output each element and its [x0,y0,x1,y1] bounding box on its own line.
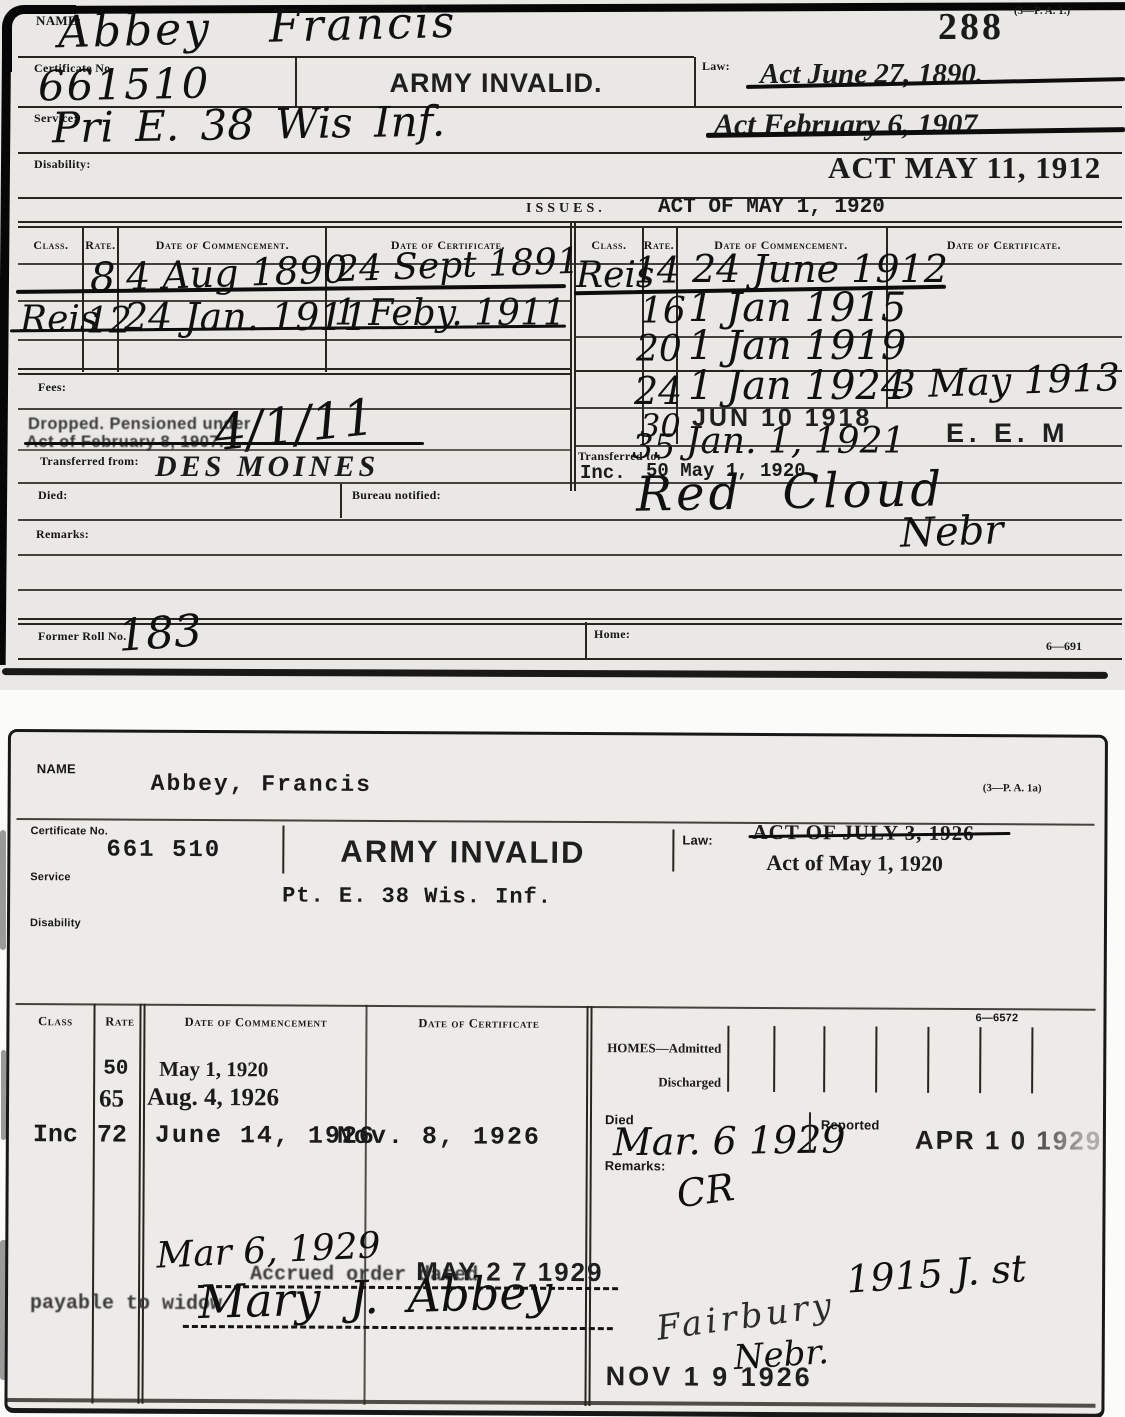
divider [809,1112,811,1152]
address-street: 1915 J. st [845,1249,1027,1299]
row-rate: 50 [103,1059,128,1080]
name-value: Abbey Francis [57,1,457,55]
remarks-label: Remarks: [605,1159,666,1172]
reported-date-stamp: APR 1 0 1929 [915,1127,1102,1154]
homes-tick [979,1027,981,1093]
card-title: ARMY INVALID. [300,70,692,97]
form-number: 6—6572 [975,1013,1018,1024]
column-divider [363,1005,367,1405]
homes-tick [773,1026,775,1092]
form-number: 6—691 [1046,640,1082,652]
row-rate: 14 [634,254,680,290]
remarks-label: Remarks: [36,528,89,540]
rule [18,589,1122,591]
rule [18,339,570,341]
row-commencement: 1 Jan 1915 [688,288,906,328]
name-label: NAME [37,762,76,775]
form-code: (3—P. A. 1a) [983,783,1042,794]
rule [18,56,694,58]
home-label: Home: [594,628,630,640]
rule [18,482,1122,484]
card-title: ARMY INVALID [340,836,585,868]
row-commencement: Aug. 4, 1926 [147,1085,279,1111]
homes-admitted-label: HOMES—Admitted [569,1041,721,1055]
row-commencement: Jan. 1, 1921 [686,424,905,460]
pension-card-1890-series: NAME: Abbey Francis 288 (3—P. A. 1.) Cer… [0,0,1125,690]
scan-edge-bottom [2,668,1108,679]
payable-to-widow-label: payable to widow [30,1294,222,1315]
divider [672,829,674,871]
fees-label: Fees: [38,381,66,393]
disability-label: Disability [30,918,81,929]
rule [18,554,1122,556]
widow-name-value: Mary J. Abbey [197,1269,553,1325]
divider [340,484,342,518]
transferred-from-label: Transferred from: [40,455,139,467]
col-header-rate: Rate. [643,239,675,251]
col-header-rate: Rate. [84,239,117,251]
name-value: Abbey, Francis [151,773,372,797]
homes-discharged-label: Discharged [569,1075,721,1089]
location-state: Nebr [899,510,1004,554]
eem-stamp: E. E. M [946,420,1070,447]
homes-tick [1031,1027,1033,1093]
row-commencement: 1 Jan 1924 [688,366,906,406]
col-header-certificate: Date of Certificate [367,1017,590,1031]
scan-smudge [0,830,6,950]
column-divider [588,1006,592,1406]
homes-tick [875,1027,877,1093]
row-commencement: 1 Jan 1919 [688,326,906,366]
scan-edge-left [0,50,11,665]
bureau-notified-label: Bureau notified: [352,489,441,501]
rule-double [18,368,570,375]
scan-edge-bottom [7,1398,1095,1408]
service-value: Pri E. 38 Wis Inf. [52,101,446,150]
divider [585,622,587,658]
row-rate: 72 [97,1122,127,1147]
law-value: Act of May 1, 1920 [766,852,943,875]
disability-label: Disability: [34,158,91,170]
former-roll-value: 183 [117,609,204,659]
rule [18,197,1122,199]
divider [694,57,696,106]
law-label: Law: [682,834,712,847]
homes-tick [927,1027,929,1093]
divider [282,825,284,873]
remarks-value: CR [674,1168,736,1213]
died-label: Died: [38,489,68,501]
row-class: Inc [33,1122,78,1147]
col-header-rate: Rate [95,1015,144,1028]
act-may-1912-stamp: ACT MAY 11, 1912 [828,152,1101,183]
des-moines-stamp: DES MOINES [155,452,379,482]
dashed-rule [183,1325,613,1330]
column-divider [91,1003,95,1403]
rule [18,658,1122,660]
column-divider [117,226,119,372]
col-header-class: Class. [20,239,82,251]
col-header-commencement: Date of Commencement [144,1016,367,1030]
row-rate: 20 [636,332,682,368]
row-rate: 24 [634,372,682,410]
row-certificate: Nov. 8, 1926 [337,1124,541,1150]
issues-label: ISSUES. [526,202,606,216]
received-date-stamp: NOV 1 9 1926 [606,1363,813,1391]
certificate-label: Certificate No. [30,826,108,837]
column-divider [141,1004,145,1404]
homes-tick [823,1026,825,1092]
act-may-1920-stamp: ACT OF MAY 1, 1920 [658,197,885,218]
pension-card-1920-series: NAME Abbey, Francis (3—P. A. 1a) Certifi… [4,729,1108,1417]
law-label: Law: [702,60,730,72]
rule [16,1003,1096,1010]
certificate-value: 661 510 [106,839,221,864]
col-header-class: Class. [578,239,640,251]
row-rate: 16 [640,294,686,330]
row-rate: 65 [99,1086,124,1111]
row-certificate: 3 May 1913 [891,358,1120,404]
row-certificate: 24 Sept 1891 [335,244,580,288]
page-number: 288 [938,8,1004,46]
row-commencement: May 1, 1920 [159,1059,268,1081]
former-roll-label: Former Roll No. [38,630,127,642]
rule [576,445,1122,447]
reported-label: Reported [821,1118,880,1131]
service-value: Pt. E. 38 Wis. Inf. [282,885,552,908]
transferred-to-class: Inc. [580,464,626,483]
form-code: (3—P. A. 1.) [1014,6,1070,17]
service-label: Service [30,872,71,883]
col-header-class: Class [19,1015,91,1028]
homes-tick [727,1026,729,1092]
row-commencement: 24 June 1912 [692,250,948,288]
